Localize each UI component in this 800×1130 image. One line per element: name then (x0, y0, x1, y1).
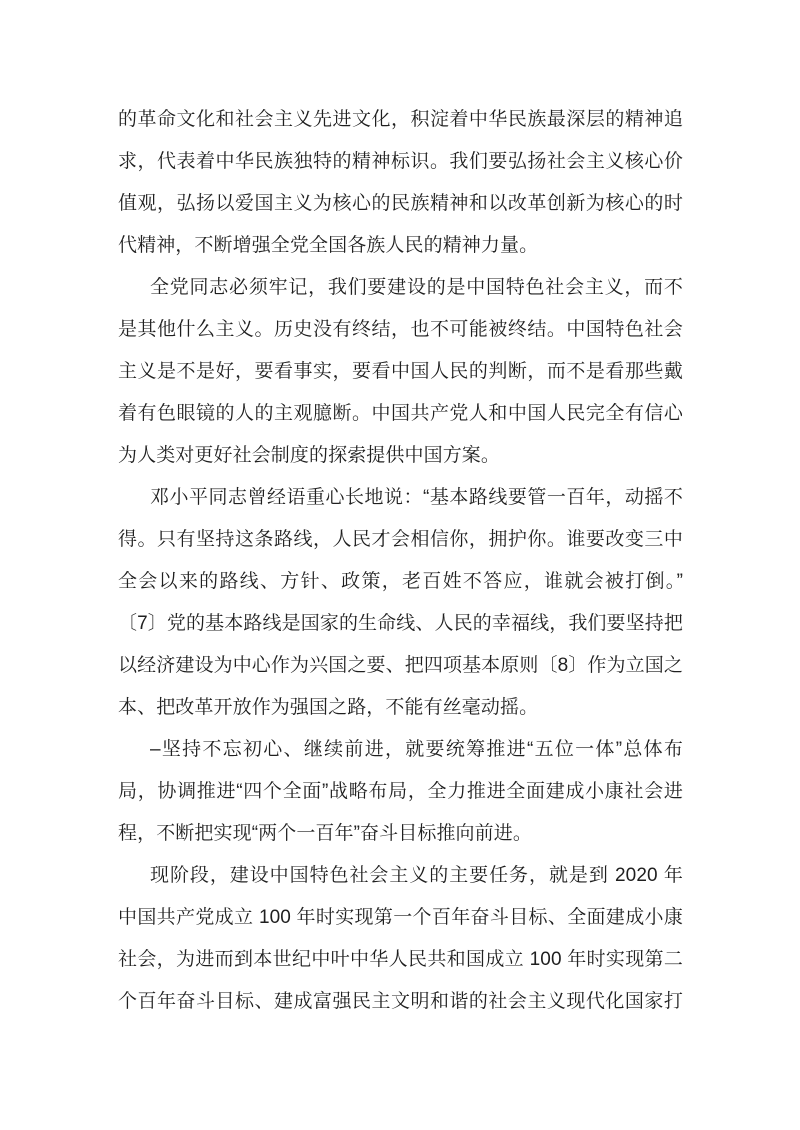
text-line: 是其他什么主义。历史没有终结，也不可能被终结。中国特色社会 (118, 309, 683, 351)
text-line: 得。只有坚持这条路线，人民才会相信你，拥护你。谁要改变三中 (118, 519, 683, 561)
text-line: 程，不断把实现“两个一百年”奋斗目标推向前进。 (118, 813, 683, 855)
text-line: 主义是不是好，要看事实，要看中国人民的判断，而不是看那些戴 (118, 351, 683, 393)
text-line: 的革命文化和社会主义先进文化，积淀着中华民族最深层的精神追 (118, 99, 683, 141)
text-line: 本、把改革开放作为强国之路，不能有丝毫动摇。 (118, 687, 683, 729)
paragraph: 的革命文化和社会主义先进文化，积淀着中华民族最深层的精神追求，代表着中华民族独特… (118, 99, 683, 267)
text-line: 代精神，不断增强全党全国各族人民的精神力量。 (118, 225, 683, 267)
text-line: 全会以来的路线、方针、政策，老百姓不答应，谁就会被打倒。” (118, 561, 683, 603)
text-line: 现阶段，建设中国特色社会主义的主要任务，就是到 2020 年 (118, 855, 683, 897)
document-text: 的革命文化和社会主义先进文化，积淀着中华民族最深层的精神追求，代表着中华民族独特… (118, 99, 683, 1023)
text-line: 求，代表着中华民族独特的精神标识。我们要弘扬社会主义核心价 (118, 141, 683, 183)
text-line: 邓小平同志曾经语重心长地说：“基本路线要管一百年，动摇不 (118, 477, 683, 519)
paragraph: 邓小平同志曾经语重心长地说：“基本路线要管一百年，动摇不得。只有坚持这条路线，人… (118, 477, 683, 729)
text-line: 值观，弘扬以爱国主义为核心的民族精神和以改革创新为核心的时 (118, 183, 683, 225)
text-line: 社会，为进而到本世纪中叶中华人民共和国成立 100 年时实现第二 (118, 939, 683, 981)
text-line: 为人类对更好社会制度的探索提供中国方案。 (118, 435, 683, 477)
text-line: 中国共产党成立 100 年时实现第一个百年奋斗目标、全面建成小康 (118, 897, 683, 939)
paragraph: –坚持不忘初心、继续前进，就要统筹推进“五位一体”总体布局，协调推进“四个全面”… (118, 729, 683, 855)
paragraph: 现阶段，建设中国特色社会主义的主要任务，就是到 2020 年中国共产党成立 10… (118, 855, 683, 1023)
document-page: 的革命文化和社会主义先进文化，积淀着中华民族最深层的精神追求，代表着中华民族独特… (0, 0, 800, 1130)
paragraph: 全党同志必须牢记，我们要建设的是中国特色社会主义，而不是其他什么主义。历史没有终… (118, 267, 683, 477)
text-line: 以经济建设为中心作为兴国之要、把四项基本原则〔8〕作为立国之 (118, 645, 683, 687)
text-line: –坚持不忘初心、继续前进，就要统筹推进“五位一体”总体布 (118, 729, 683, 771)
text-line: 〔7〕党的基本路线是国家的生命线、人民的幸福线，我们要坚持把 (118, 603, 683, 645)
text-line: 全党同志必须牢记，我们要建设的是中国特色社会主义，而不 (118, 267, 683, 309)
text-line: 局，协调推进“四个全面”战略布局，全力推进全面建成小康社会进 (118, 771, 683, 813)
text-line: 着有色眼镜的人的主观臆断。中国共产党人和中国人民完全有信心 (118, 393, 683, 435)
text-line: 个百年奋斗目标、建成富强民主文明和谐的社会主义现代化国家打 (118, 981, 683, 1023)
